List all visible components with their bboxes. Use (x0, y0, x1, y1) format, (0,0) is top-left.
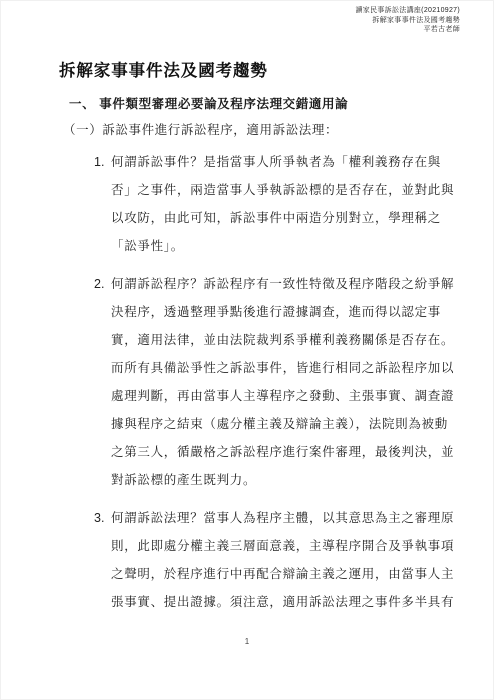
text-line: 據與程序之結束（處分權主義及辯論主義），法院則為被動 (111, 410, 461, 438)
text-line: 張事實、提出證據。須注意，適用訴訟法理之事件多半具有 (111, 588, 461, 616)
header-author-line: 平若古老師 (355, 25, 460, 35)
list-item-number: 1. (94, 148, 111, 176)
text-line: 以攻防，由此可知，訴訟事件中兩造分別對立，學理稱之 (111, 204, 461, 232)
text-line: 而所有具備訟爭性之訴訟事件，皆進行相同之訴訟程序加以 (111, 354, 461, 382)
page-header: 讀家民事訴訟法講座(20210927) 拆解家事事件法及國考趨勢 平若古老師 (355, 6, 460, 35)
header-topic-line: 拆解家事事件法及國考趨勢 (355, 16, 460, 26)
text-line: 處理判斷，再由當事人主導程序之發動、主張事實、調查證 (111, 382, 461, 410)
numbered-list: 1. 何謂訴訟事件？是指當事人所爭執者為「權利義務存在與否」之事件，兩造當事人爭… (94, 148, 461, 616)
list-item-text: 何謂訴訟法理？當事人為程序主體，以其意思為主之審理原則，此即處分權主義三層面意義… (111, 504, 461, 616)
text-line: 之聲明，於程序進行中再配合辯論主義之運用，由當事人主 (111, 560, 461, 588)
text-line: 之第三人，循嚴格之訴訟程序進行案件審理，最後判決，並 (111, 438, 461, 466)
text-line: 決程序，透過整理爭點後進行證據調查，進而得以認定事 (111, 298, 461, 326)
list-item: 3. 何謂訴訟法理？當事人為程序主體，以其意思為主之審理原則，此即處分權主義三層… (94, 504, 461, 616)
document-page: 讀家民事訴訟法講座(20210927) 拆解家事事件法及國考趨勢 平若古老師 拆… (0, 0, 494, 700)
list-item: 2. 何謂訴訟程序？訴訟程序有一致性特徵及程序階段之紛爭解決程序，透過整理爭點後… (94, 270, 461, 494)
list-item-text: 何謂訴訟事件？是指當事人所爭執者為「權利義務存在與否」之事件，兩造當事人爭執訴訟… (111, 148, 461, 260)
text-line: 「訟爭性」。 (111, 232, 461, 260)
text-line: 對訴訟標的產生既判力。 (111, 466, 461, 494)
list-item-number: 2. (94, 270, 111, 298)
page-number: 1 (1, 637, 493, 646)
list-item: 1. 何謂訴訟事件？是指當事人所爭執者為「權利義務存在與否」之事件，兩造當事人爭… (94, 148, 461, 260)
list-item-number: 3. (94, 504, 111, 532)
text-line: 否」之事件，兩造當事人爭執訴訟標的是否存在，並對此與 (111, 176, 461, 204)
list-item-text: 何謂訴訟程序？訴訟程序有一致性特徵及程序階段之紛爭解決程序，透過整理爭點後進行證… (111, 270, 461, 494)
document-body: 拆解家事事件法及國考趨勢 一、 事件類型審理必要論及程序法理交錯適用論 （一）訴… (1, 1, 493, 616)
document-title: 拆解家事事件法及國考趨勢 (59, 59, 461, 83)
outline-heading-level1: 一、 事件類型審理必要論及程序法理交錯適用論 (69, 91, 461, 117)
text-line: 何謂訴訟法理？當事人為程序主體，以其意思為主之審理原 (111, 504, 461, 532)
text-line: 實，適用法律，並由法院裁判系爭權利義務關係是否存在。 (111, 326, 461, 354)
text-line: 何謂訴訟事件？是指當事人所爭執者為「權利義務存在與 (111, 148, 461, 176)
header-course-line: 讀家民事訴訟法講座(20210927) (355, 6, 460, 16)
text-line: 則，此即處分權主義三層面意義，主導程序開合及爭執事項 (111, 532, 461, 560)
outline-heading-level2: （一）訴訟事件進行訴訟程序，適用訴訟法理： (63, 117, 461, 143)
text-line: 何謂訴訟程序？訴訟程序有一致性特徵及程序階段之紛爭解 (111, 270, 461, 298)
